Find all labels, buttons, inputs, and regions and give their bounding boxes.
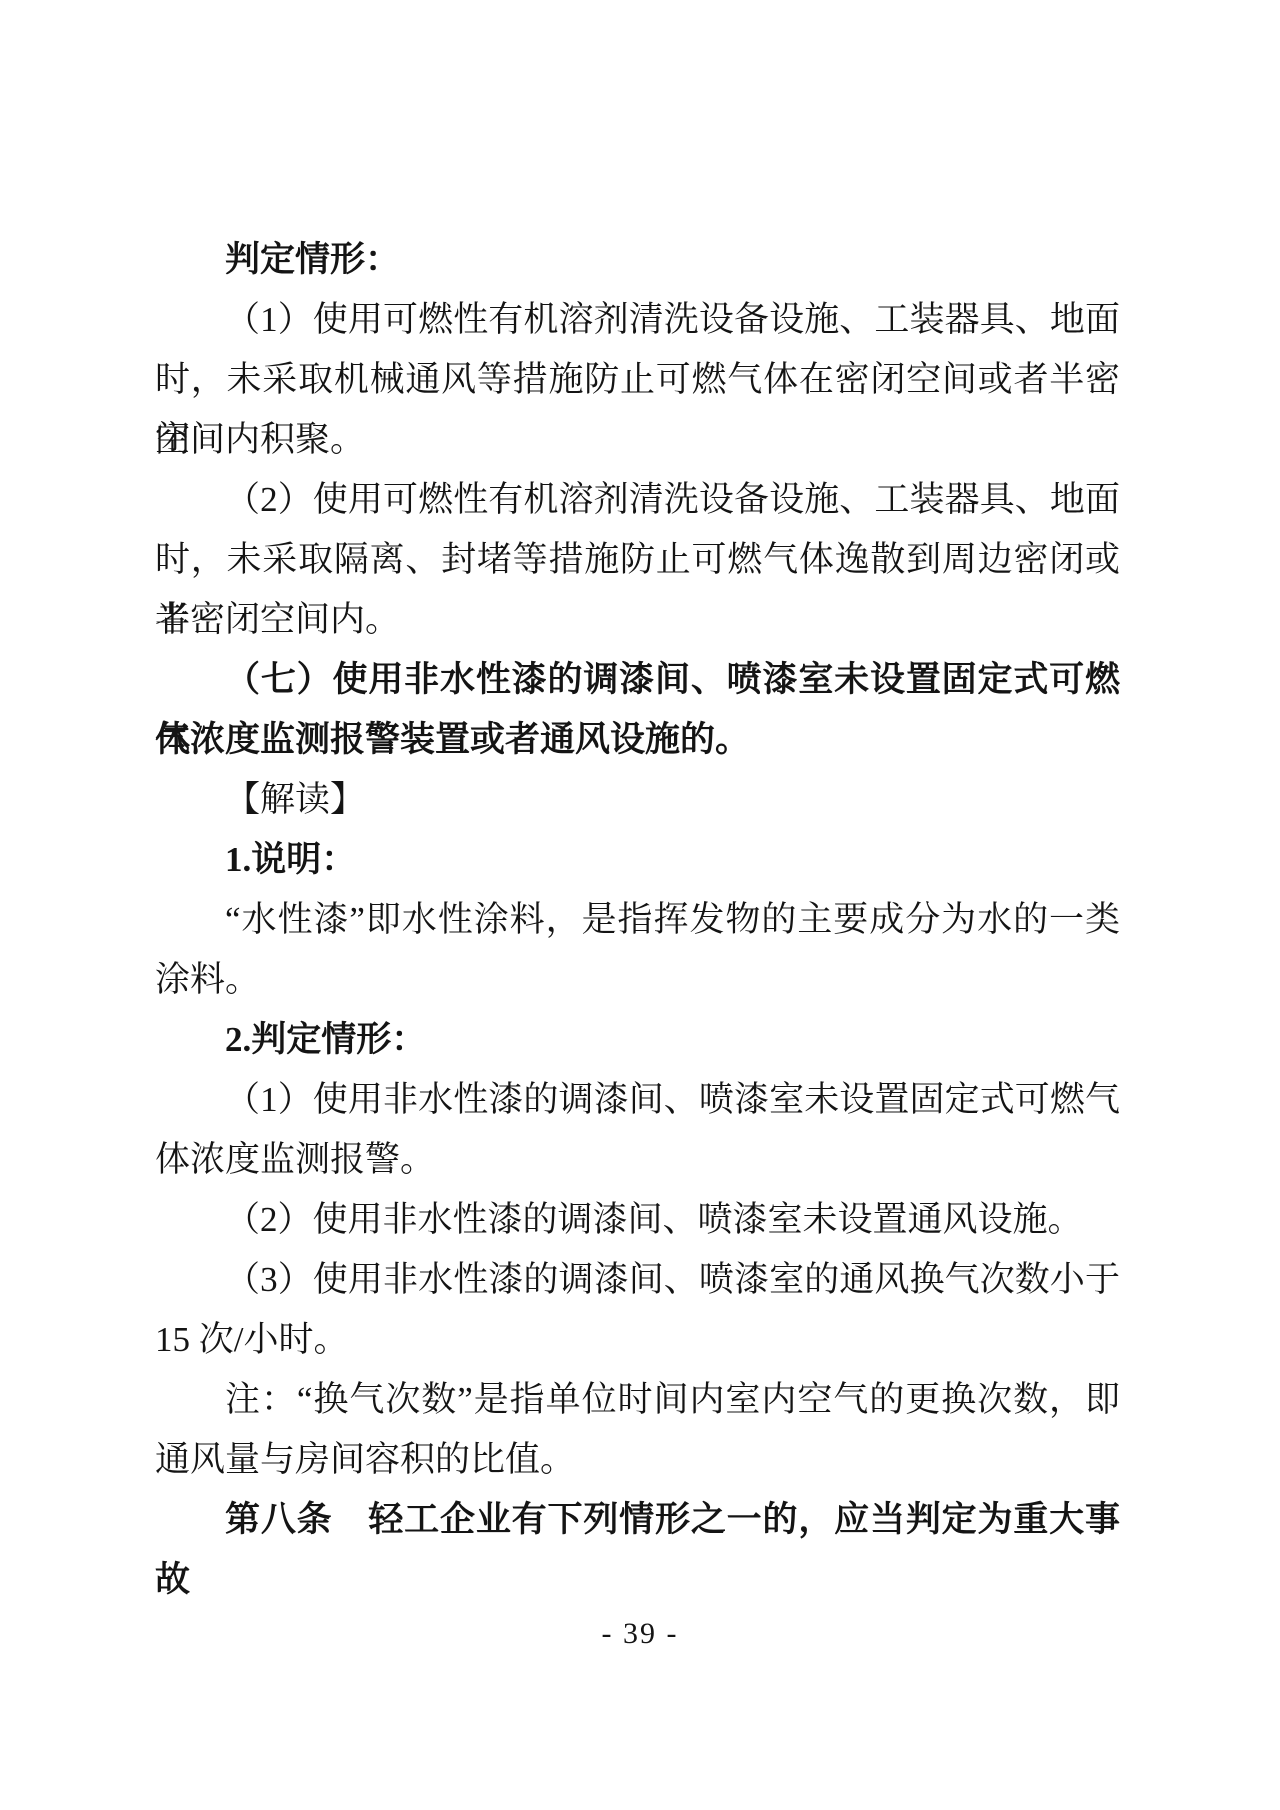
text-line: 第八条 轻工企业有下列情形之一的，应当判定为重大事故 [155,1490,1120,1550]
page-number: - 39 - [0,1612,1280,1656]
text-line: 时，未采取隔离、封堵等措施防止可燃气体逸散到周边密闭或者 [155,530,1120,590]
text-line: 空间内积聚。 [155,410,1120,470]
text-line: （3）使用非水性漆的调漆间、喷漆室的通风换气次数小于 [155,1250,1120,1310]
text-line: （1）使用可燃性有机溶剂清洗设备设施、工装器具、地面 [155,290,1120,350]
text-line: （七）使用非水性漆的调漆间、喷漆室未设置固定式可燃气 [155,650,1120,710]
text-line: 15 次/小时。 [155,1310,1120,1370]
text-line: 【解读】 [155,770,1120,830]
text-line: 半密闭空间内。 [155,590,1120,650]
text-line: 体浓度监测报警装置或者通风设施的。 [155,710,1120,770]
text-line: 体浓度监测报警。 [155,1130,1120,1190]
document-page: 判定情形：（1）使用可燃性有机溶剂清洗设备设施、工装器具、地面时，未采取机械通风… [0,0,1280,1810]
document-body: 判定情形：（1）使用可燃性有机溶剂清洗设备设施、工装器具、地面时，未采取机械通风… [155,230,1120,1550]
text-line: 时，未采取机械通风等措施防止可燃气体在密闭空间或者半密闭 [155,350,1120,410]
text-line: 通风量与房间容积的比值。 [155,1430,1120,1490]
text-line: （2）使用非水性漆的调漆间、喷漆室未设置通风设施。 [155,1190,1120,1250]
text-line: 注：“换气次数”是指单位时间内室内空气的更换次数，即 [155,1370,1120,1430]
text-line: 2.判定情形： [155,1010,1120,1070]
text-line: （2）使用可燃性有机溶剂清洗设备设施、工装器具、地面 [155,470,1120,530]
text-line: “水性漆”即水性涂料，是指挥发物的主要成分为水的一类 [155,890,1120,950]
text-line: 1.说明： [155,830,1120,890]
text-line: 涂料。 [155,950,1120,1010]
text-line: （1）使用非水性漆的调漆间、喷漆室未设置固定式可燃气 [155,1070,1120,1130]
text-line: 判定情形： [155,230,1120,290]
